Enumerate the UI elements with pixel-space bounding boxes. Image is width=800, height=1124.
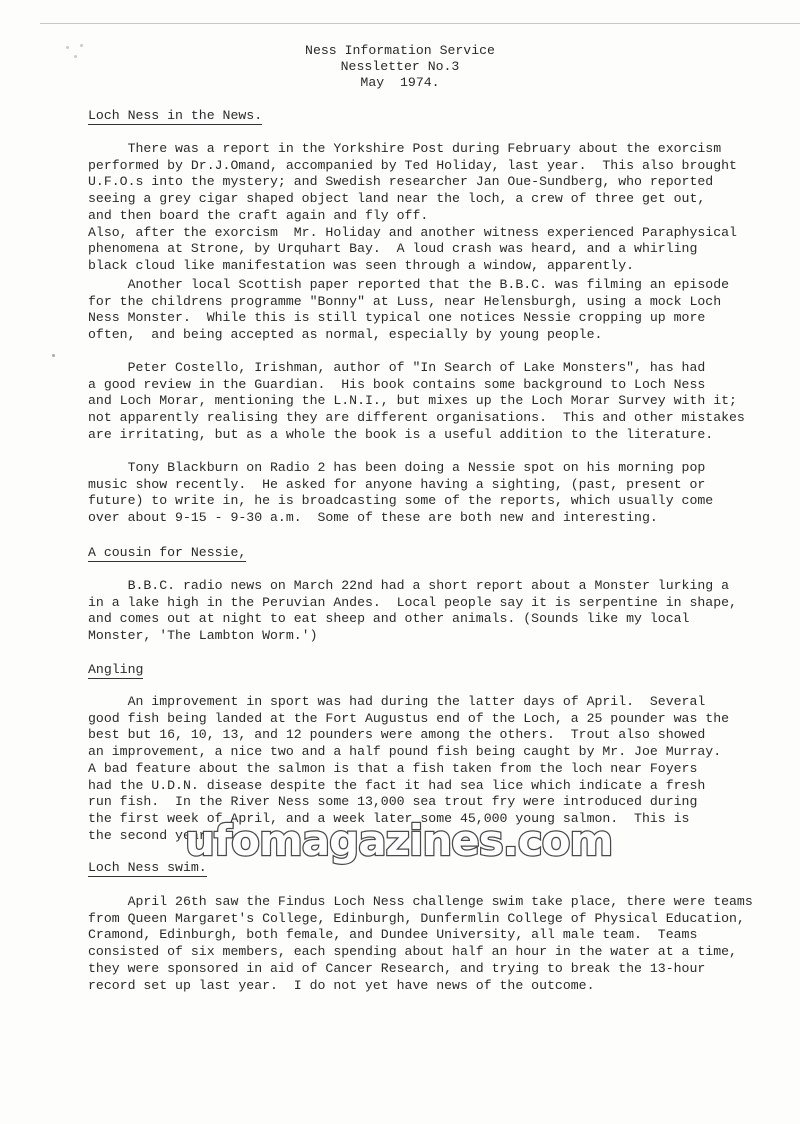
paragraph-swim: April 26th saw the Findus Loch Ness chal… bbox=[88, 894, 788, 994]
text-line: in a lake high in the Peruvian Andes. Lo… bbox=[88, 595, 788, 612]
issue-date: May 1974. bbox=[0, 75, 800, 91]
text-line: There was a report in the Yorkshire Post… bbox=[88, 141, 788, 158]
text-line: they were sponsored in aid of Cancer Res… bbox=[88, 961, 788, 978]
text-line: good fish being landed at the Fort Augus… bbox=[88, 711, 788, 728]
text-line: Also, after the exorcism Mr. Holiday and… bbox=[88, 225, 788, 242]
text-line: performed by Dr.J.Omand, accompanied by … bbox=[88, 158, 788, 175]
paragraph-bbc-bonny: Another local Scottish paper reported th… bbox=[88, 277, 788, 344]
newsletter-page: Ness Information Service Nessletter No.3… bbox=[0, 0, 800, 1124]
text-line: and then board the craft again and fly o… bbox=[88, 208, 788, 225]
paragraph-costello: Peter Costello, Irishman, author of "In … bbox=[88, 360, 788, 444]
text-line: over about 9-15 - 9-30 a.m. Some of thes… bbox=[88, 510, 788, 527]
section-heading-loch-ness-news: Loch Ness in the News. bbox=[88, 108, 262, 124]
text-line: an improvement, a nice two and a half po… bbox=[88, 744, 788, 761]
paragraph-exorcism: There was a report in the Yorkshire Post… bbox=[88, 141, 788, 275]
margin-speck bbox=[52, 354, 55, 357]
newsletter-issue: Nessletter No.3 bbox=[0, 59, 800, 75]
top-rule bbox=[40, 23, 800, 24]
text-line: best but 16, 10, 13, and 12 pounders wer… bbox=[88, 727, 788, 744]
section-heading-cousin: A cousin for Nessie, bbox=[88, 545, 246, 561]
text-line: for the childrens programme "Bonny" at L… bbox=[88, 294, 788, 311]
text-line: Peter Costello, Irishman, author of "In … bbox=[88, 360, 788, 377]
text-line: black cloud like manifestation was seen … bbox=[88, 258, 788, 275]
organization-name: Ness Information Service bbox=[0, 43, 800, 59]
paragraph-peruvian-monster: B.B.C. radio news on March 22nd had a sh… bbox=[88, 578, 788, 645]
paragraph-blackburn: Tony Blackburn on Radio 2 has been doing… bbox=[88, 460, 788, 527]
text-line: run fish. In the River Ness some 13,000 … bbox=[88, 794, 788, 811]
text-line: Tony Blackburn on Radio 2 has been doing… bbox=[88, 460, 788, 477]
text-line: B.B.C. radio news on March 22nd had a sh… bbox=[88, 578, 788, 595]
text-line: seeing a grey cigar shaped object land n… bbox=[88, 191, 788, 208]
text-line: had the U.D.N. disease despite the fact … bbox=[88, 778, 788, 795]
text-line: A bad feature about the salmon is that a… bbox=[88, 761, 788, 778]
text-line: An improvement in sport was had during t… bbox=[88, 694, 788, 711]
text-line: future) to write in, he is broadcasting … bbox=[88, 493, 788, 510]
text-line: Cramond, Edinburgh, both female, and Dun… bbox=[88, 927, 788, 944]
text-line: Monster, 'The Lambton Worm.') bbox=[88, 628, 788, 645]
heading-text: Loch Ness in the News. bbox=[88, 108, 262, 125]
text-line: Another local Scottish paper reported th… bbox=[88, 277, 788, 294]
text-line: consisted of six members, each spending … bbox=[88, 944, 788, 961]
text-line: often, and being accepted as normal, esp… bbox=[88, 327, 788, 344]
text-line: and Loch Morar, mentioning the L.N.I., b… bbox=[88, 393, 788, 410]
text-line: a good review in the Guardian. His book … bbox=[88, 377, 788, 394]
watermark: ufomagazines.com bbox=[185, 818, 612, 864]
text-line: not apparently realising they are differ… bbox=[88, 410, 788, 427]
text-line: April 26th saw the Findus Loch Ness chal… bbox=[88, 894, 788, 911]
text-line: from Queen Margaret's College, Edinburgh… bbox=[88, 911, 788, 928]
text-line: Ness Monster. While this is still typica… bbox=[88, 310, 788, 327]
text-line: music show recently. He asked for anyone… bbox=[88, 477, 788, 494]
text-line: phenomena at Strone, by Urquhart Bay. A … bbox=[88, 241, 788, 258]
text-line: record set up last year. I do not yet ha… bbox=[88, 978, 788, 995]
heading-text: Angling bbox=[88, 662, 143, 679]
text-line: are irritating, but as a whole the book … bbox=[88, 427, 788, 444]
heading-text: A cousin for Nessie, bbox=[88, 545, 246, 562]
text-line: U.F.O.s into the mystery; and Swedish re… bbox=[88, 174, 788, 191]
text-line: and comes out at night to eat sheep and … bbox=[88, 611, 788, 628]
section-heading-angling: Angling bbox=[88, 662, 143, 678]
newsletter-header: Ness Information Service Nessletter No.3… bbox=[0, 43, 800, 91]
